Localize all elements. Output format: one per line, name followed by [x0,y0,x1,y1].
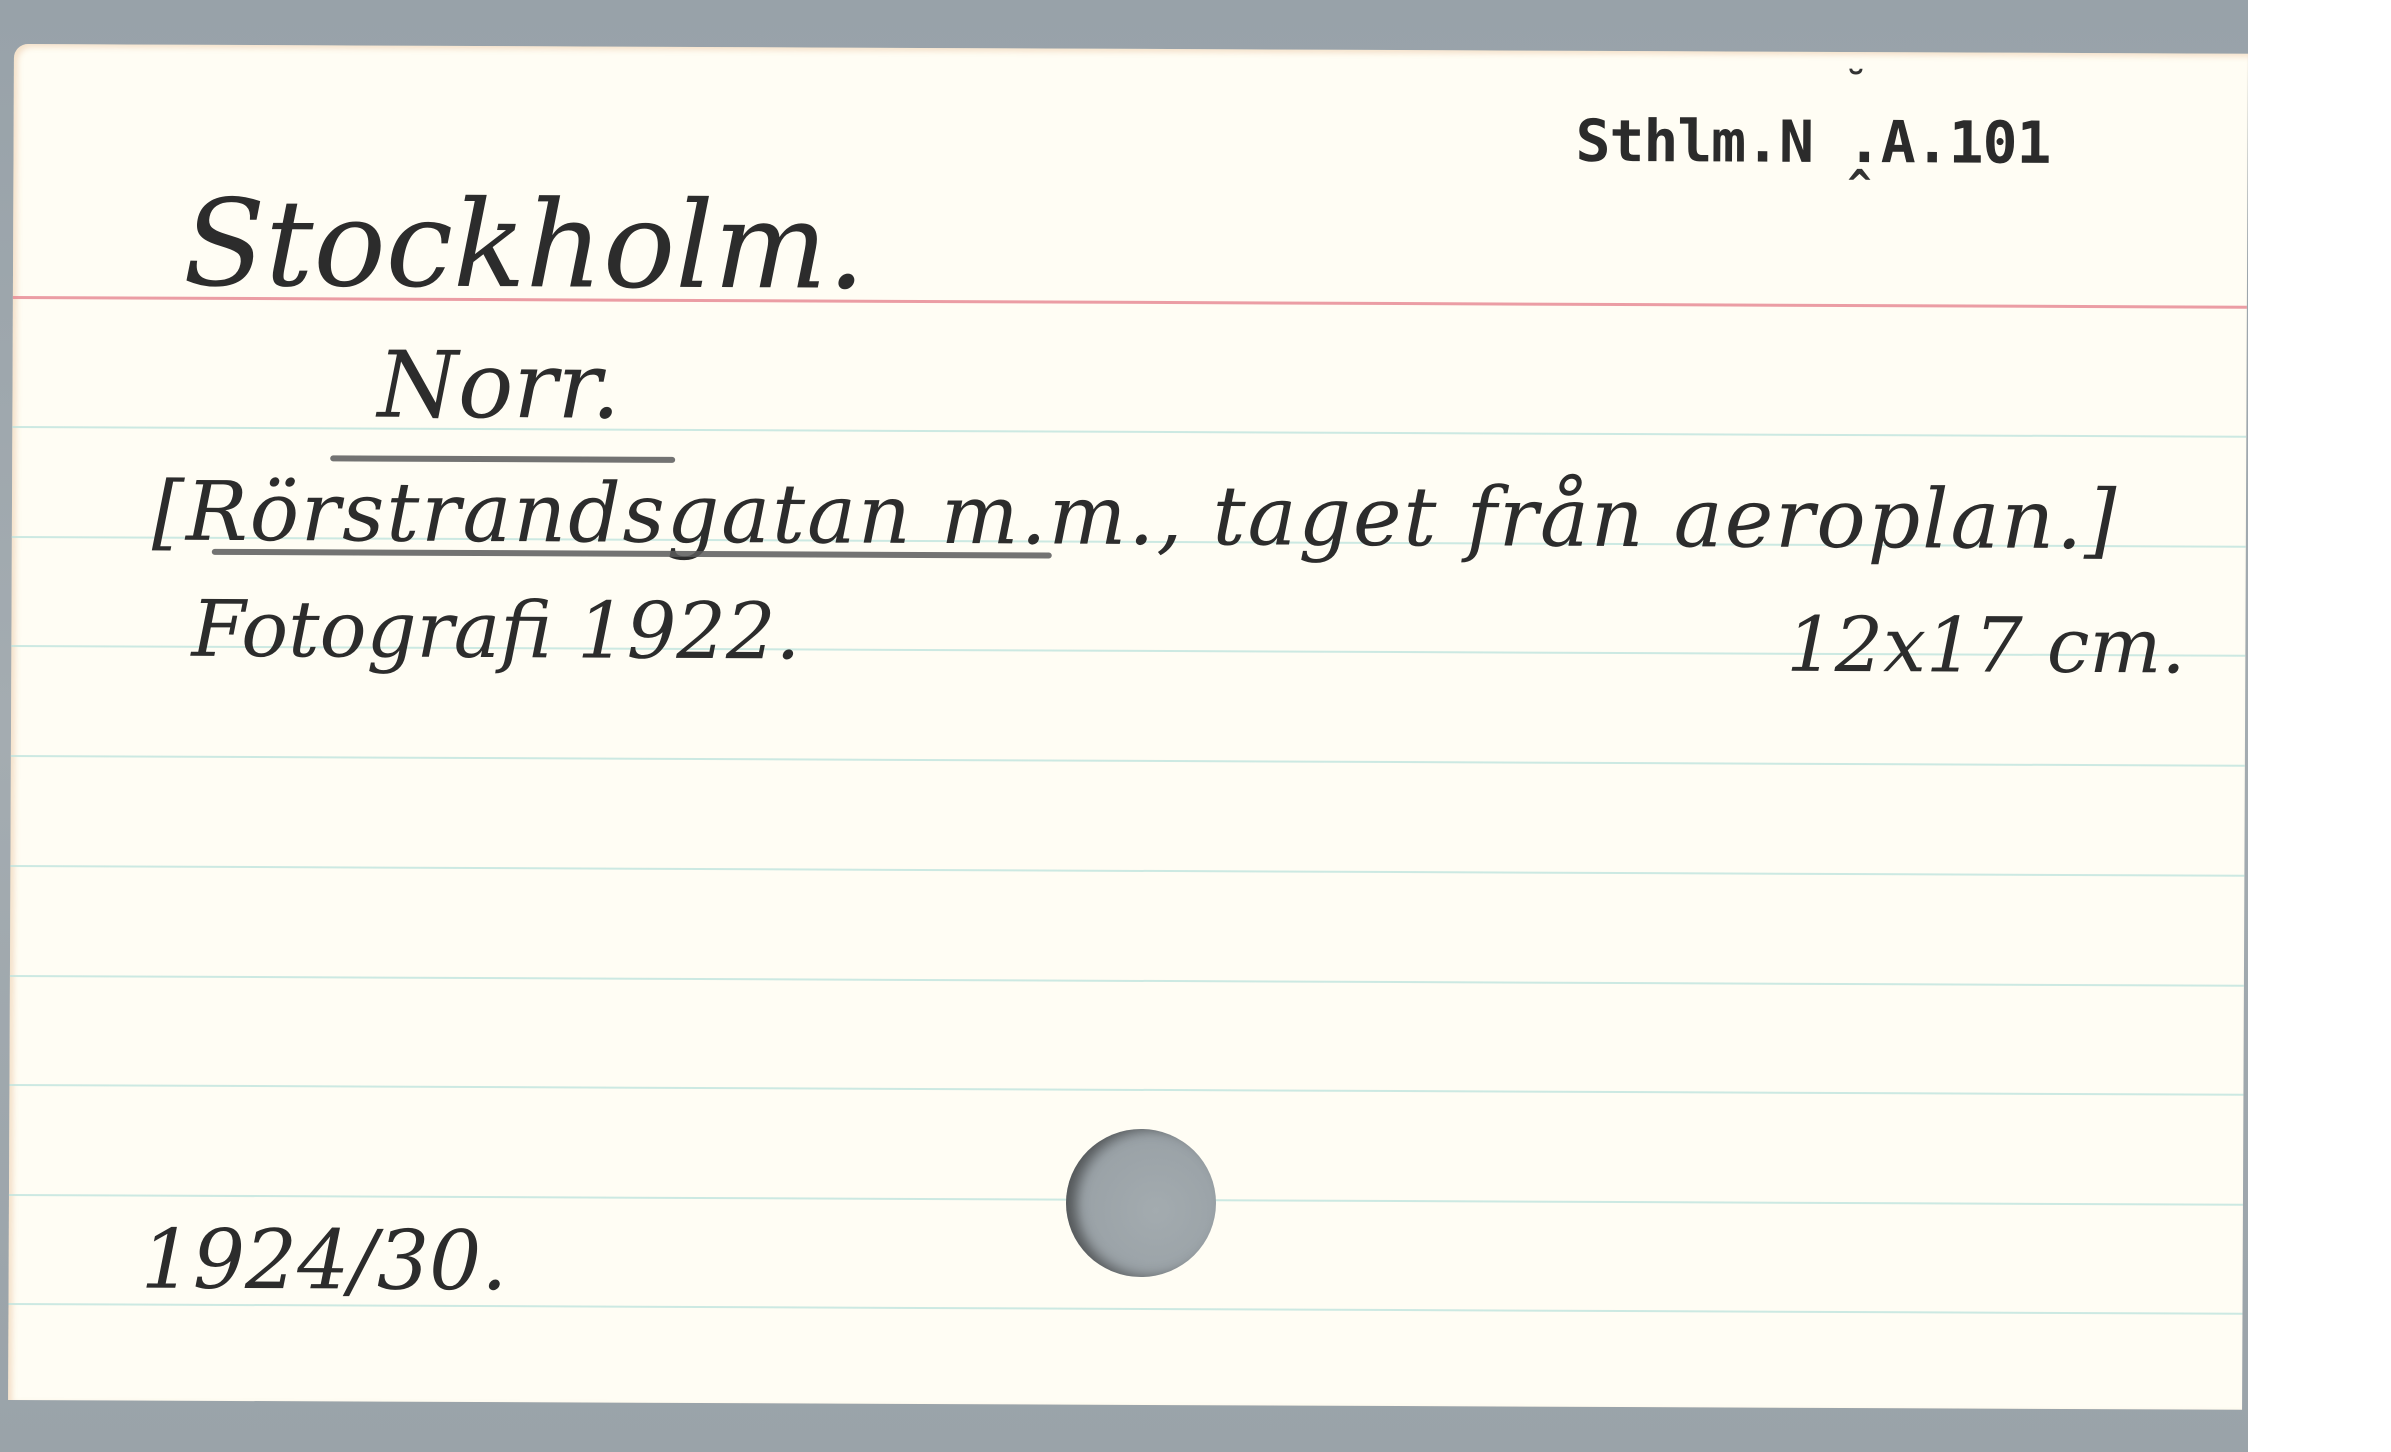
blue-rule [9,1084,2243,1096]
scan-margin [2248,0,2391,1452]
district-heading: Norr. [377,332,620,440]
blue-rule [11,755,2245,767]
circumflex-mark: ^ [1847,162,1871,208]
breve-mark: ˘ [1844,64,1868,110]
medium-text: Fotografi 1922. [191,585,800,678]
size-text: 12x17 cm. [1786,600,2186,691]
blue-rule [10,865,2244,877]
place-heading: Stockholm. [183,175,866,317]
accession-number: 1924/30. [140,1213,507,1310]
punched-hole [1066,1129,1216,1277]
catalog-number: Sthlm.N .A.101 [1575,107,2050,177]
blue-rule [12,426,2246,438]
district-underline [330,455,675,463]
blue-rule [10,975,2244,987]
